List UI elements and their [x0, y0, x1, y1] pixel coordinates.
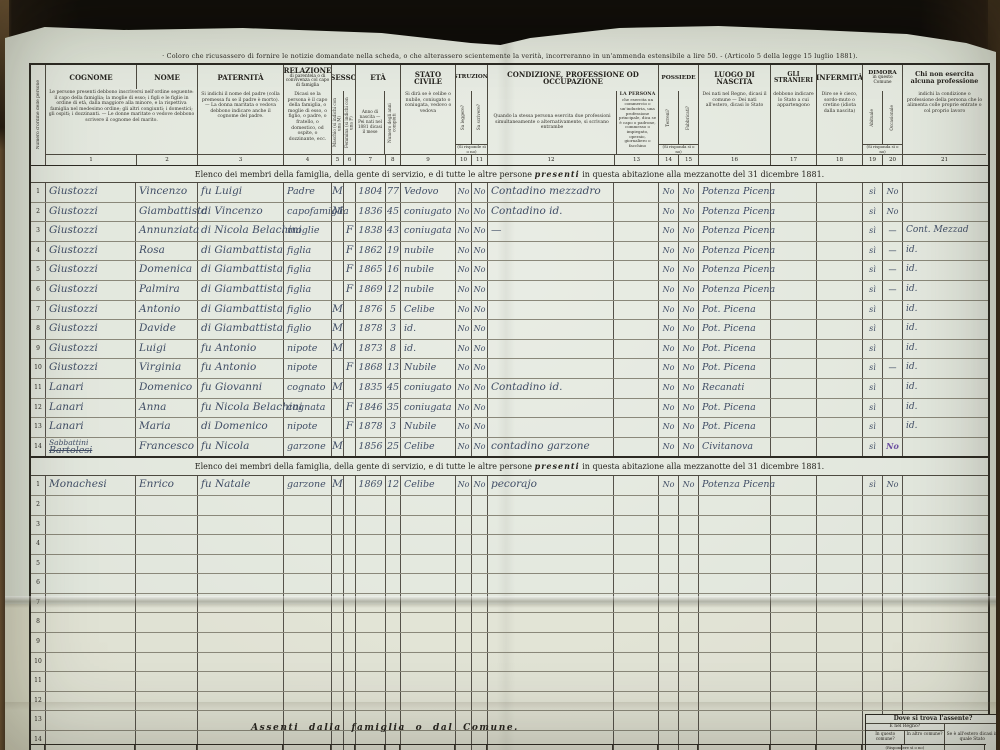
cell-stran	[771, 359, 817, 378]
cell-stato	[401, 594, 456, 613]
cell-rel: capofamiglia	[284, 203, 332, 222]
column-header-chi-non-esercita: Chi non esercita alcuna professione indi…	[903, 65, 986, 165]
cell-cond	[488, 516, 614, 535]
cell-inf	[817, 359, 863, 378]
cell-pat	[198, 535, 284, 554]
cell-scr	[472, 535, 488, 554]
cell-doc: —	[883, 359, 903, 378]
cell-anno	[356, 613, 386, 632]
cell-dab: sì	[863, 438, 883, 457]
cell-inf	[817, 574, 863, 593]
cell-sm	[332, 672, 344, 691]
cell-sm	[332, 222, 344, 241]
table-row: 8	[31, 613, 988, 633]
cell-nome	[136, 496, 198, 515]
chi-title: Chi non esercita alcuna professione	[903, 65, 986, 91]
cell-stran	[771, 340, 817, 359]
cell-chi: id.	[903, 242, 986, 261]
cell-luogo: Potenza Picena	[699, 476, 771, 495]
table-row: 10	[31, 653, 988, 673]
cell-cond	[488, 301, 614, 320]
cell-sf	[344, 574, 356, 593]
cell-dab	[863, 692, 883, 711]
cell-fab	[679, 633, 699, 652]
table-row: 5	[31, 555, 988, 575]
cell-doc	[883, 613, 903, 632]
column-header-istruzione: ISTRUZIONE Sa leggere? Sa scrivere? (Si …	[456, 65, 488, 165]
cell-sf	[344, 301, 356, 320]
cell-scr: No	[472, 359, 488, 378]
cell-cognome: Giustozzi	[46, 340, 136, 359]
cell-dab: sì	[863, 476, 883, 495]
cell-inf	[817, 653, 863, 672]
cell-sm	[332, 555, 344, 574]
cell-leg: No	[456, 340, 472, 359]
cell-inf	[817, 340, 863, 359]
cell-fab	[679, 555, 699, 574]
cell-pers	[614, 281, 659, 300]
cell-ter: No	[659, 399, 679, 418]
cell-pers	[614, 535, 659, 554]
cell-fab	[679, 516, 699, 535]
column-header-relazione: RELAZIONE di parentela o di convivenza c…	[284, 65, 332, 165]
cell-fab: No	[679, 183, 699, 202]
cell-luogo	[699, 574, 771, 593]
cell-sm	[332, 359, 344, 378]
cell-ter	[659, 496, 679, 515]
cell-cognome	[46, 653, 136, 672]
cell-fab: No	[679, 399, 699, 418]
cell-dab: sì	[863, 261, 883, 280]
cell-ter: No	[659, 340, 679, 359]
col-num-16: 16	[699, 155, 770, 165]
cell-luogo: Civitanova	[699, 438, 771, 457]
cell-n: 10	[31, 653, 46, 672]
cell-sf	[344, 672, 356, 691]
stranieri-title: GLI STRANIERI	[771, 65, 816, 91]
col-num-10: 10	[456, 155, 471, 165]
col-num-6: 6	[343, 155, 355, 165]
cell-fab: No	[679, 476, 699, 495]
cell-rel: figlio	[284, 301, 332, 320]
cell-rel: figlia	[284, 281, 332, 300]
cell-scr	[472, 653, 488, 672]
cell-luogo	[699, 496, 771, 515]
table-row: 11	[31, 672, 988, 692]
cell-sm	[332, 399, 344, 418]
cell-ter: No	[659, 242, 679, 261]
infermita-description: Dire se è cieco, sordo-muto o cretino (i…	[817, 91, 862, 154]
cell-stran	[771, 320, 817, 339]
col-num-3: 3	[198, 155, 283, 165]
cell-inf	[817, 438, 863, 457]
cell-fab: No	[679, 222, 699, 241]
cell-ter: No	[659, 203, 679, 222]
cell-rel	[284, 496, 332, 515]
cell-ter	[659, 692, 679, 711]
cell-doc	[883, 301, 903, 320]
cell-cognome: Giustozzi	[46, 281, 136, 300]
cell-dab: sì	[863, 301, 883, 320]
cell-n: 2	[31, 203, 46, 222]
cell-nome: Rosa	[136, 242, 198, 261]
cell-ter: No	[659, 320, 679, 339]
cell-anni: 19	[386, 242, 401, 261]
cell-n: 4	[31, 242, 46, 261]
column-header-infermita: INFERMITÀ Dire se è cieco, sordo-muto o …	[817, 65, 863, 165]
cell-scr: No	[472, 242, 488, 261]
column-header-luogo-nascita: LUOGO DI NASCITA Dei nati nel Regno, dic…	[699, 65, 771, 165]
cell-nome: Maria	[136, 418, 198, 437]
section1-title-pre: Elenco dei membri della famiglia, della …	[195, 170, 532, 179]
cell-inf	[817, 320, 863, 339]
col-num-20: 20	[882, 155, 902, 165]
table-row: 10GiustozziVirginiafu AntonionipoteF1868…	[31, 359, 988, 379]
cell-leg: No	[456, 379, 472, 398]
cell-pat	[198, 496, 284, 515]
cell-sm	[332, 281, 344, 300]
cell-doc	[883, 633, 903, 652]
cell-ter	[659, 555, 679, 574]
condizione-description: Quando la stessa persona esercita due pr…	[489, 114, 615, 132]
cell-anno: 1873	[356, 340, 386, 359]
cell-rel: nipote	[284, 359, 332, 378]
cell-chi	[903, 476, 986, 495]
istruzione-note: (Si risponde sì o no)	[456, 144, 487, 154]
table-row: 6	[31, 574, 988, 594]
cell-sf	[344, 476, 356, 495]
cell-pat: fu Luigi	[198, 183, 284, 202]
cell-luogo	[699, 594, 771, 613]
cell-n: 10	[31, 359, 46, 378]
cell-n: 5	[31, 261, 46, 280]
cell-fab: No	[679, 340, 699, 359]
cell-sm	[332, 261, 344, 280]
cell-anni: 16	[386, 261, 401, 280]
cell-anno	[356, 653, 386, 672]
cell-doc	[883, 653, 903, 672]
cell-cognome	[46, 633, 136, 652]
cell-anno: 1868	[356, 359, 386, 378]
col-num-11: 11	[471, 155, 487, 165]
infermita-title: INFERMITÀ	[817, 65, 862, 91]
cell-leg: No	[456, 359, 472, 378]
cell-doc: —	[883, 242, 903, 261]
cell-rel: cognato	[284, 379, 332, 398]
col-num-1: 1	[46, 155, 136, 165]
column-header-possiede: POSSIEDE Terreni? Fabbricati? (Si rispon…	[659, 65, 699, 165]
cell-cognome: Giustozzi	[46, 301, 136, 320]
cell-chi: Cont. Mezzad	[903, 222, 986, 241]
cell-luogo: Recanati	[699, 379, 771, 398]
cell-stato	[401, 692, 456, 711]
assenti-table-top-edge	[29, 744, 986, 750]
cell-sf	[344, 633, 356, 652]
cell-sm	[332, 242, 344, 261]
cell-pat	[198, 574, 284, 593]
dimora-title-block: DIMORA in questo Comune	[863, 65, 902, 91]
cell-cognome	[46, 613, 136, 632]
cell-stran	[771, 281, 817, 300]
cell-pers	[614, 555, 659, 574]
cell-pers	[614, 418, 659, 437]
cell-chi	[903, 203, 986, 222]
cell-fab	[679, 594, 699, 613]
cell-sf: F	[344, 222, 356, 241]
cell-inf	[817, 672, 863, 691]
cell-cognome	[46, 672, 136, 691]
section1-title-post: in questa abitazione alla mezzanotte del…	[582, 170, 824, 179]
cell-dab	[863, 555, 883, 574]
eta-anno-label: Anno di nascita — Pei nati nel 1881 dica…	[357, 110, 383, 134]
cell-anno: 1862	[356, 242, 386, 261]
cell-cognome: Giustozzi	[46, 359, 136, 378]
cell-luogo: Pot. Picena	[699, 359, 771, 378]
cell-leg	[456, 672, 472, 691]
cell-sm: M	[332, 203, 344, 222]
terreni-label: Terreni?	[666, 109, 671, 127]
cell-pat: fu Nicola	[198, 438, 284, 457]
table-row: 12	[31, 692, 988, 712]
cell-pers	[614, 183, 659, 202]
cell-sf	[344, 555, 356, 574]
cell-stato: coniugato	[401, 203, 456, 222]
cell-doc	[883, 594, 903, 613]
cell-chi	[903, 574, 986, 593]
col-num-13: 13	[614, 155, 658, 165]
cell-anno: 1865	[356, 261, 386, 280]
cell-anni	[386, 613, 401, 632]
cell-luogo	[699, 613, 771, 632]
cell-sf	[344, 535, 356, 554]
cell-chi	[903, 594, 986, 613]
cell-sf	[344, 340, 356, 359]
cell-n: 7	[31, 594, 46, 613]
cell-rel: figlia	[284, 261, 332, 280]
cell-n: 11	[31, 379, 46, 398]
cell-pers	[614, 653, 659, 672]
cell-dab: sì	[863, 242, 883, 261]
cell-nome	[136, 692, 198, 711]
cell-chi	[903, 672, 986, 691]
cell-nome	[136, 672, 198, 691]
cell-anno	[356, 516, 386, 535]
section2-title-presenti: presenti	[535, 461, 580, 471]
cell-anno: 1838	[356, 222, 386, 241]
column-header-person-number: Numero d'ordine delle persone	[31, 65, 46, 165]
cell-scr	[472, 672, 488, 691]
cell-n: 4	[31, 535, 46, 554]
cell-sf: F	[344, 242, 356, 261]
cell-rel: moglie	[284, 222, 332, 241]
dimora-occasionale-label: Occasionale	[890, 105, 895, 131]
cell-cond	[488, 613, 614, 632]
cell-cognome: Lanari	[46, 399, 136, 418]
cell-scr	[472, 594, 488, 613]
cell-chi: id.	[903, 379, 986, 398]
cell-anni: 12	[386, 281, 401, 300]
stranieri-description: debbono indicare lo Stato a cui apparten…	[771, 91, 816, 154]
cell-scr	[472, 496, 488, 515]
cell-rel: figlia	[284, 242, 332, 261]
cell-stran	[771, 301, 817, 320]
luogo-description: Dei nati nel Regno, dicasi il comune — D…	[699, 91, 770, 154]
cell-leg: No	[456, 399, 472, 418]
cell-fab: No	[679, 418, 699, 437]
cell-pers	[614, 242, 659, 261]
cell-cond	[488, 320, 614, 339]
cell-anno: 1869	[356, 476, 386, 495]
table-row: 3GiustozziAnnunziatadi Nicola Belachinim…	[31, 222, 988, 242]
cell-rel	[284, 672, 332, 691]
chi-description: indichi la condizione o professione dell…	[903, 91, 986, 154]
cell-scr	[472, 692, 488, 711]
cell-anni	[386, 633, 401, 652]
cell-n: 8	[31, 320, 46, 339]
column-header-sesso: SESSO Maschio (si indichi con una M) Fem…	[332, 65, 356, 165]
cell-inf	[817, 555, 863, 574]
cell-sm: M	[332, 379, 344, 398]
cell-luogo	[699, 672, 771, 691]
cell-luogo	[699, 692, 771, 711]
cell-luogo: Pot. Picena	[699, 320, 771, 339]
cell-pers	[614, 399, 659, 418]
cell-cognome: SabbattiniBartolesi	[46, 438, 136, 457]
cell-stran	[771, 203, 817, 222]
cell-leg: No	[456, 418, 472, 437]
cell-sm	[332, 633, 344, 652]
cell-stran	[771, 476, 817, 495]
cell-ter: No	[659, 418, 679, 437]
cell-cognome	[46, 496, 136, 515]
cell-chi: id.	[903, 359, 986, 378]
cell-stato: nubile	[401, 281, 456, 300]
cell-stato: coniugata	[401, 222, 456, 241]
sesso-maschio-label: Maschio (si indichi con una M)	[333, 96, 342, 150]
cell-anno	[356, 633, 386, 652]
cell-stato: nubile	[401, 242, 456, 261]
table-row: 7	[31, 594, 988, 614]
cell-pers	[614, 261, 659, 280]
cell-stato: coniugata	[401, 399, 456, 418]
cell-sm	[332, 516, 344, 535]
cell-stran	[771, 379, 817, 398]
cell-rel: Padre	[284, 183, 332, 202]
cell-pat: di Domenico	[198, 418, 284, 437]
col-num-19: 19	[863, 155, 882, 165]
nome-title: NOME	[136, 65, 197, 89]
cell-ter: No	[659, 476, 679, 495]
cell-ter: No	[659, 281, 679, 300]
cell-pers	[614, 692, 659, 711]
cell-pers	[614, 496, 659, 515]
cell-stran	[771, 692, 817, 711]
cell-sm	[332, 496, 344, 515]
cell-cond	[488, 359, 614, 378]
cell-n: 14	[31, 438, 46, 457]
cell-ter: No	[659, 438, 679, 457]
cell-inf	[817, 711, 863, 730]
cell-chi	[903, 633, 986, 652]
cell-luogo: Potenza Picena	[699, 203, 771, 222]
cell-inf	[817, 261, 863, 280]
sesso-title: SESSO	[332, 65, 355, 91]
cell-rel: nipote	[284, 418, 332, 437]
cell-fab	[679, 653, 699, 672]
cell-dab: sì	[863, 222, 883, 241]
cell-leg: No	[456, 222, 472, 241]
cell-n: 9	[31, 633, 46, 652]
cell-anno	[356, 574, 386, 593]
cell-pers	[614, 340, 659, 359]
cell-doc: —	[883, 281, 903, 300]
cell-pat: fu Antonio	[198, 359, 284, 378]
cell-anno: 1804	[356, 183, 386, 202]
cell-luogo: Potenza Picena	[699, 183, 771, 202]
cell-stato: Nubile	[401, 359, 456, 378]
cell-anni	[386, 672, 401, 691]
table-row: 4	[31, 535, 988, 555]
cell-cognome: Giustozzi	[46, 320, 136, 339]
cell-dab	[863, 496, 883, 515]
person-number-vertical-label: Numero d'ordine delle persone	[36, 80, 41, 149]
cell-n: 2	[31, 496, 46, 515]
cell-cond: contadino garzone	[488, 438, 614, 457]
cell-inf	[817, 476, 863, 495]
cell-scr	[472, 516, 488, 535]
cell-fab: No	[679, 242, 699, 261]
table-row: 13LanariMariadi DomeniconipoteF18783Nubi…	[31, 418, 988, 438]
cell-inf	[817, 613, 863, 632]
cell-cognome: Lanari	[46, 379, 136, 398]
cell-scr: No	[472, 399, 488, 418]
sa-leggere-label: Sa leggere?	[461, 105, 466, 130]
cell-doc	[883, 340, 903, 359]
cell-anni: 25	[386, 438, 401, 457]
dimora-abituale-label: Abituale	[870, 109, 875, 127]
cell-doc: —	[883, 261, 903, 280]
cell-fab: No	[679, 320, 699, 339]
cell-cond: —	[488, 222, 614, 241]
cell-ter: No	[659, 261, 679, 280]
cell-pers	[614, 594, 659, 613]
cell-stato: id.	[401, 320, 456, 339]
cell-n: 12	[31, 399, 46, 418]
cell-chi: id.	[903, 261, 986, 280]
cell-rel	[284, 555, 332, 574]
cell-inf	[817, 418, 863, 437]
table-row: 11LanariDomenicofu GiovannicognatoM18354…	[31, 379, 988, 399]
cell-scr: No	[472, 183, 488, 202]
cell-sm	[332, 692, 344, 711]
cell-pat: di Vincenzo	[198, 203, 284, 222]
cell-stato	[401, 672, 456, 691]
table-row: 8GiustozziDavidedi GiambattistafiglioM18…	[31, 320, 988, 340]
cell-doc	[883, 379, 903, 398]
possiede-title: POSSIEDE	[659, 65, 698, 91]
table-row: 3	[31, 516, 988, 536]
cell-sf	[344, 516, 356, 535]
cell-leg	[456, 653, 472, 672]
table-header: Numero d'ordine delle persone COGNOME NO…	[31, 65, 988, 166]
photo-background: · Coloro che ricusassero di fornire le n…	[0, 0, 1000, 750]
cell-stato	[401, 613, 456, 632]
cell-pers	[614, 438, 659, 457]
section1-title-presenti: presenti	[535, 169, 580, 179]
cell-anno: 1846	[356, 399, 386, 418]
cell-stran	[771, 183, 817, 202]
cell-chi	[903, 438, 986, 457]
